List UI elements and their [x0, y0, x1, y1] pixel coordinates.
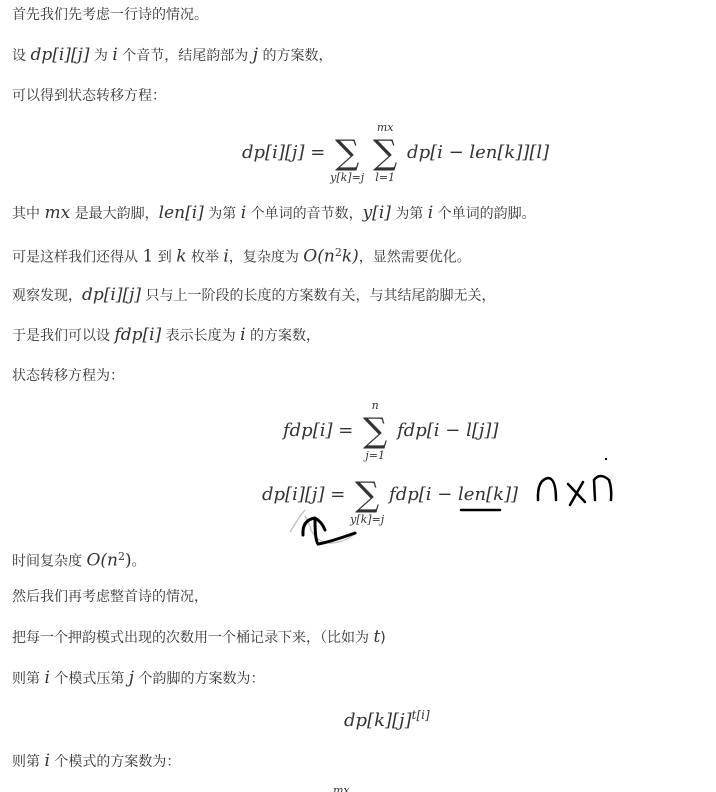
equation-base: dp[k][j]: [344, 710, 412, 731]
sum-upper-limit: mx: [333, 784, 350, 792]
paragraph-pattern-rhyme-count: 则第 i 个模式压第 j 个韵脚的方案数为：: [12, 668, 265, 689]
text: 个韵脚的方案数为：: [134, 671, 264, 687]
text: 个模式压第: [50, 671, 129, 687]
text: ): [380, 630, 385, 646]
text: 则第: [12, 671, 44, 687]
text: 把每一个押韵模式出现的次数用一个桶记录下来，（比如为: [12, 630, 373, 646]
handwritten-dot: [605, 458, 607, 460]
math-superscript: 2: [118, 550, 125, 563]
text: 。: [132, 554, 146, 570]
paragraph-time-complexity: 时间复杂度 O(n2)。: [12, 547, 146, 572]
text: 个模式的方案数为：: [50, 754, 180, 770]
paragraph-bucket: 把每一个押韵模式出现的次数用一个桶记录下来，（比如为 t): [12, 627, 386, 648]
handwritten-x: [568, 482, 585, 505]
paragraph-pattern-count: 则第 i 个模式的方案数为：: [12, 751, 180, 772]
text: 然后我们再考虑整首诗的情况，: [12, 589, 208, 605]
equation-exponent: t[i]: [412, 708, 430, 722]
paragraph-whole-poem: 然后我们再考虑整首诗的情况，: [12, 587, 208, 607]
equation-partial-cutoff: mx: [333, 784, 350, 792]
math-inline: O(n: [86, 551, 118, 571]
equation-power: dp[k][j]t[i]: [344, 708, 430, 731]
text: 时间复杂度: [12, 554, 86, 570]
text: 则第: [12, 754, 44, 770]
handwritten-n: [538, 478, 556, 500]
handwritten-n: [594, 476, 611, 500]
math-inline: ): [125, 551, 132, 571]
